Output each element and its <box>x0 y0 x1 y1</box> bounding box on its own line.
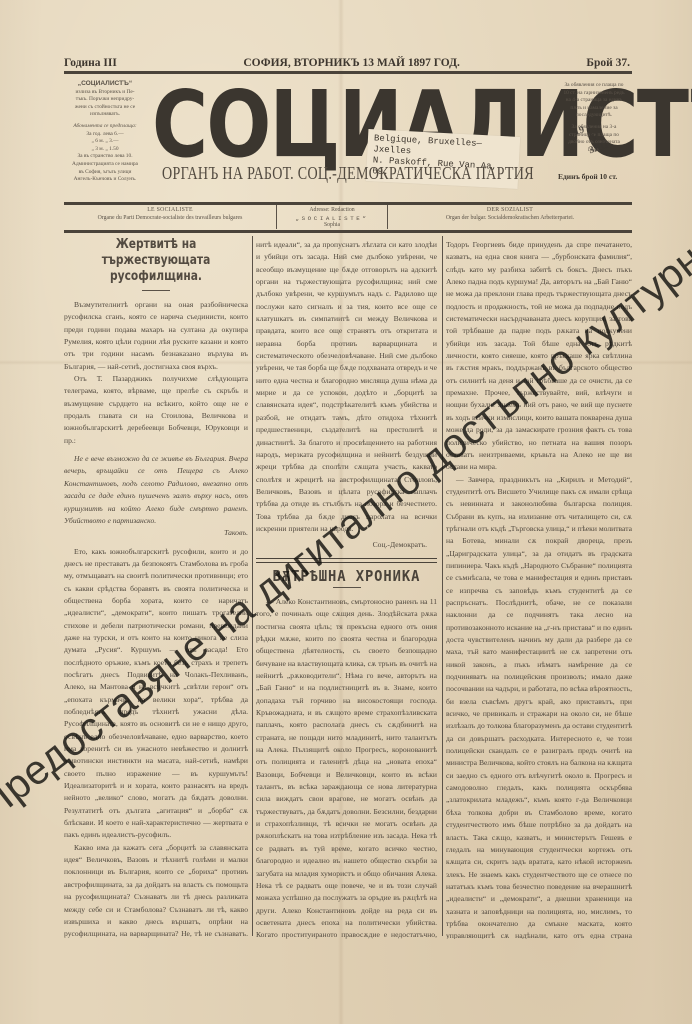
section-title-domestic-chronicle: ВѪТРѢШНА ХРОНИКА <box>263 570 430 582</box>
french-subtitle: LE SOCIALISTE Organe du Parti Democrate-… <box>64 205 276 229</box>
article-continuation-column: нитѣ идеали“, за да пропуснатъ лѣглата с… <box>256 239 437 939</box>
info-line: последующитѣ. <box>553 112 635 120</box>
french-title: LE SOCIALISTE <box>64 207 276 215</box>
paragraph: Възмутителнитѣ органи на оная разбойниче… <box>64 299 248 373</box>
paragraph: Тодоръ Георгиевъ биде принуденъ да спре … <box>446 239 632 474</box>
paragraph: нитѣ идеали“, за да пропуснатъ лѣглата с… <box>256 239 437 535</box>
subscription-price: За год. лева 6.— <box>62 131 148 139</box>
info-line: За обявления се плаща по <box>553 82 635 90</box>
info-line: 10 ст. на гарнизоненъ редъ <box>553 90 635 98</box>
single-issue-price: Единъ брой 10 ст. <box>558 172 617 181</box>
newspaper-page: Година III София, Вторникъ 13 Май 1897 г… <box>0 0 692 1024</box>
volume-year: Година III <box>64 57 117 69</box>
info-line: изпълняватъ. <box>62 111 148 119</box>
paragraph: Отъ Т. Пазарджикъ получихме слѣдующата т… <box>64 373 248 447</box>
admin-address: въ София, ъгълъ улици <box>62 169 148 177</box>
info-line: на 4-а страница за единъ <box>553 97 635 105</box>
foreign-strip: LE SOCIALISTE Organe du Parti Democrate-… <box>64 205 632 229</box>
article-headline: Жертвитѣ на тържествующата русофилщина. <box>81 237 232 285</box>
issue-number: Брой 37. <box>586 57 630 69</box>
place-date: София, Вторникъ 13 Май 1897 год. <box>243 57 460 69</box>
subscription-box: „СОЦИАЛИСТЪ“ излиза въ Вторникъ и Пе- тъ… <box>62 80 148 184</box>
paragraph: — Завчера, праздникътъ на „Кирилъ и Мето… <box>446 474 632 939</box>
german-subtitle: DER SOZIALIST Organ der bulgar. Socialde… <box>388 205 632 229</box>
info-line: жени съ стойностьта не се <box>62 104 148 112</box>
admin-address: Администрацията се намира <box>62 161 148 169</box>
german-description: Organ der bulgar. Socialdemokratischen A… <box>388 215 632 223</box>
telegram-quote: Не е вече възможно да се живѣе въ Българ… <box>64 453 248 527</box>
masthead-subtitle: ОРГАНЪ НА РАБОТ. СОЦ.-ДЕМОКРАТИЧЕСКА ПАР… <box>162 163 458 184</box>
address-name: „SOCIALISTE“ <box>277 215 387 223</box>
separator-dash <box>142 290 170 291</box>
info-line: излиза въ Вторникъ и Пе- <box>62 89 148 97</box>
paragraph: Ето, какъ южнобългарскитѣ русофили, коит… <box>64 546 248 842</box>
chronicle-right-column: Тодоръ Георгиевъ биде принуденъ да спре … <box>446 239 632 939</box>
subscription-price: „ 6 м. „ 3.— <box>62 138 148 146</box>
subscription-title: Абонамента се предплаща: <box>62 123 148 131</box>
address-city: Sophia <box>277 222 387 230</box>
paragraph: Какво има да кажатъ сега „борцитѣ за сла… <box>64 842 248 938</box>
subscription-price: „ 3 м. „ 1.50 <box>62 146 148 154</box>
info-line: тъкъ. Поръчки непридру- <box>62 96 148 104</box>
dateline: Година III София, Вторникъ 13 Май 1897 г… <box>64 57 630 69</box>
editorial-address: Adresse: Redaction „SOCIALISTE“ Sophia <box>276 205 388 229</box>
column-divider <box>442 236 443 936</box>
column-divider <box>252 236 253 936</box>
telegram-signature: Таковъ. <box>64 527 248 539</box>
separator-dash <box>333 587 361 588</box>
german-title: DER SOZIALIST <box>388 207 632 215</box>
paper-name-small: „СОЦИАЛИСТЪ“ <box>62 80 148 88</box>
french-description: Organe du Parti Democrate-socialiste des… <box>64 215 276 223</box>
address-title: Adresse: Redaction <box>277 207 387 215</box>
paragraph: — Алеко Константиновъ, смъртоносно ранен… <box>256 596 437 939</box>
article-signature: Соц.-Демократъ. <box>256 539 437 551</box>
admin-address: Ангелъ-Кънчовъ и Солунъ. <box>62 176 148 184</box>
article-victims-of-russophilism: Жертвитѣ на тържествующата русофилщина. … <box>64 233 248 938</box>
section-rule <box>256 558 437 563</box>
foreign-price: За въ странство лева 10. <box>62 153 148 161</box>
